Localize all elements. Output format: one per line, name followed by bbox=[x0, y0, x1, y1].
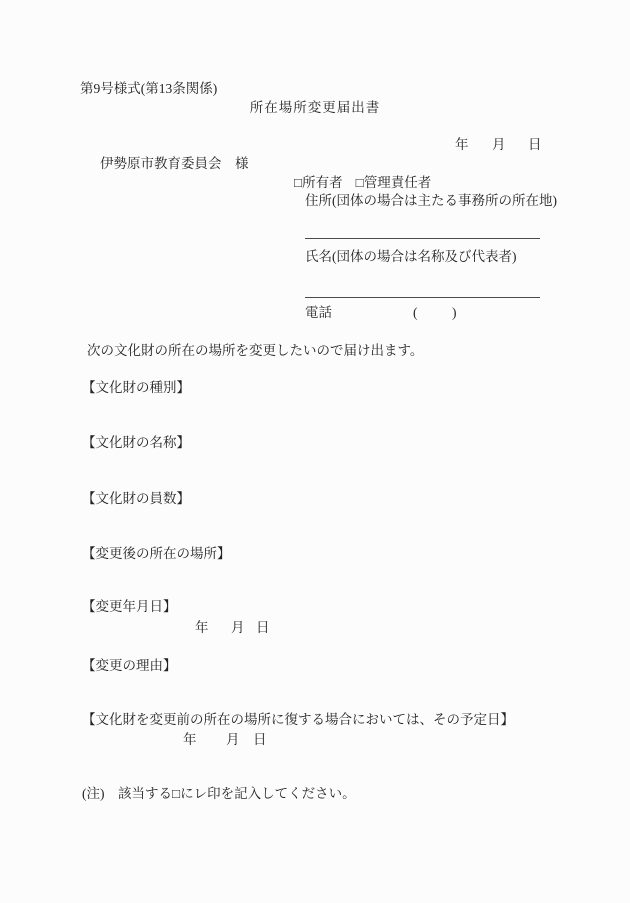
footnote: (注) 該当する□にレ印を記入してください。 bbox=[82, 786, 356, 802]
intro-statement: 次の文化財の所在の場所を変更したいので届け出ます。 bbox=[87, 343, 423, 359]
owner-checkbox-icon: □ bbox=[294, 175, 302, 190]
year-label: 年 bbox=[195, 620, 209, 636]
owner-option: □所有者 bbox=[294, 175, 343, 190]
address-fill-in-line bbox=[305, 238, 540, 239]
name-field-label: 氏名(団体の場合は名称及び代表者) bbox=[305, 249, 517, 265]
restore-planned-date-field: 年 月 日 bbox=[0, 732, 630, 748]
year-label: 年 bbox=[183, 732, 197, 748]
year-label: 年 bbox=[455, 137, 469, 153]
document-page: 第9号様式(第13条関係) 所在場所変更届出書 年 月 日 伊勢原市教育委員会 … bbox=[0, 0, 630, 903]
addressee: 伊勢原市教育委員会 様 bbox=[100, 156, 249, 172]
month-label: 月 bbox=[231, 620, 245, 636]
declarant-role-options: □所有者□管理責任者 bbox=[294, 175, 444, 191]
manager-option: □管理責任者 bbox=[356, 175, 432, 190]
phone-field-label: 電話 bbox=[305, 305, 332, 321]
page-title: 所在場所変更届出書 bbox=[0, 100, 630, 116]
submission-date-field: 年 月 日 bbox=[0, 137, 630, 153]
name-fill-in-line bbox=[305, 297, 540, 298]
month-label: 月 bbox=[226, 732, 240, 748]
address-field-label: 住所(団体の場合は主たる事務所の所在地) bbox=[305, 193, 557, 209]
section-cultural-property-quantity: 【文化財の員数】 bbox=[82, 491, 190, 507]
section-change-reason: 【変更の理由】 bbox=[82, 658, 177, 674]
section-cultural-property-type: 【文化財の種別】 bbox=[82, 380, 190, 396]
section-restore-planned-date: 【文化財を変更前の所在の場所に復する場合においては、その予定日】 bbox=[82, 712, 514, 728]
day-label: 日 bbox=[256, 620, 270, 636]
change-date-field: 年 月 日 bbox=[0, 620, 630, 636]
day-label: 日 bbox=[528, 137, 542, 153]
manager-checkbox-icon: □ bbox=[356, 175, 364, 190]
section-cultural-property-name: 【文化財の名称】 bbox=[82, 435, 190, 451]
day-label: 日 bbox=[253, 732, 267, 748]
section-change-date: 【変更年月日】 bbox=[82, 599, 177, 615]
manager-option-label: 管理責任者 bbox=[364, 175, 432, 190]
phone-paren-close: ) bbox=[452, 305, 457, 321]
section-new-location: 【変更後の所在の場所】 bbox=[82, 546, 231, 562]
owner-option-label: 所有者 bbox=[302, 175, 343, 190]
month-label: 月 bbox=[492, 137, 506, 153]
form-number: 第9号様式(第13条関係) bbox=[80, 81, 217, 97]
phone-paren-open: ( bbox=[413, 305, 418, 321]
